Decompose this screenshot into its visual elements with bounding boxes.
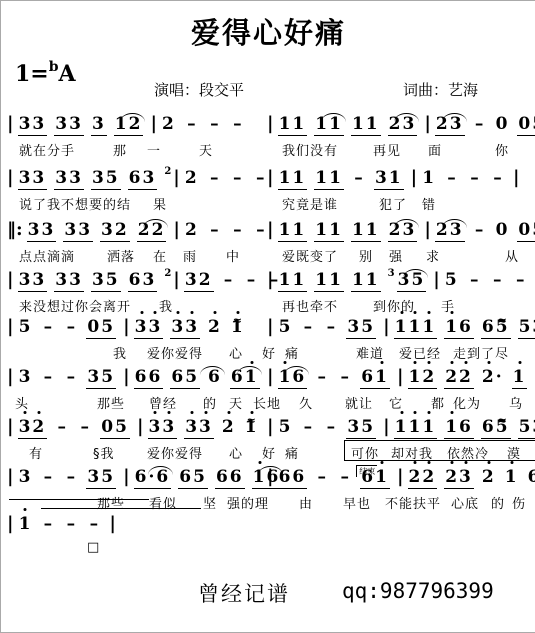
note-digit: 2: [459, 366, 473, 388]
note-digit: 2: [445, 366, 459, 388]
barline: |: [173, 167, 180, 189]
note-digit: 3: [101, 219, 115, 241]
note-digit: 2: [409, 466, 423, 488]
lyric-text: 那些: [97, 393, 125, 412]
lyric-text: 来没想过你会离开: [19, 296, 131, 315]
lyric-text: 化为: [453, 393, 481, 412]
note-digit: 3: [171, 316, 185, 338]
note-digit: 3: [149, 416, 163, 438]
note-digit: 3: [347, 416, 361, 438]
key-prefix: 1=: [15, 61, 49, 87]
duration-dash: –: [40, 367, 55, 387]
note-digit: 3: [459, 466, 473, 488]
barline: |: [7, 113, 14, 135]
lyric-text: 爱既变了: [282, 246, 338, 265]
note-digit: 6: [230, 466, 244, 488]
notes-row-left: |5––05|333321≈: [7, 316, 253, 339]
qq-contact: qq:987796399: [342, 579, 494, 603]
note-digit: 3: [19, 113, 33, 135]
lyric-text: 你: [495, 140, 509, 159]
lyric-text: 就在分手: [19, 140, 75, 159]
note-group: 6: [527, 466, 535, 488]
barline: |: [267, 316, 274, 338]
note-digit: 1: [279, 167, 293, 189]
note-digit: 1: [329, 219, 343, 241]
note-digit: 2: [162, 113, 176, 135]
note-digit: 1: [422, 316, 436, 338]
note-digit: 5: [106, 269, 120, 291]
note-group: 5: [18, 316, 34, 338]
score-system-4: |333335632|32–––|111111335|5–––|来没想过你会离开…: [1, 269, 535, 323]
note-digit: 1: [329, 269, 343, 291]
notes-row-right: |5––35|1111665≈53|: [267, 316, 535, 339]
lyric-text: 天: [199, 140, 213, 159]
note-digit: 3: [64, 219, 78, 241]
barline: |: [7, 513, 14, 535]
note-digit: 3: [375, 167, 389, 189]
lyric-text: 依然冷: [447, 443, 489, 462]
note-group: 0: [495, 113, 511, 135]
note-group: 11: [314, 269, 344, 292]
note-digit: 6: [129, 269, 143, 291]
note-digit: 5: [19, 316, 33, 338]
: [237, 366, 262, 375]
note-group: 111: [394, 416, 438, 439]
lyric-text: 究竟是谁: [282, 194, 338, 213]
barline: |: [397, 366, 404, 388]
note-group: 35: [86, 366, 116, 389]
note-digit: 1: [395, 416, 409, 438]
duration-dash: –: [253, 168, 268, 188]
: [442, 219, 467, 228]
note-group: 33: [134, 316, 164, 339]
key-letter: A: [59, 61, 76, 87]
notes-row-right: |11111123|23–005|: [267, 219, 535, 242]
lyric-text: 可你: [351, 443, 379, 462]
duration-dash: –: [490, 168, 505, 188]
lyric-text: 看似: [149, 493, 177, 512]
note-digit: 5: [279, 416, 293, 438]
lyric-text: 再也牵不: [282, 296, 338, 315]
duration-dash: –: [77, 417, 92, 437]
barline: |: [397, 466, 404, 488]
duration-dash: –: [490, 270, 505, 290]
note-digit: 2: [422, 466, 436, 488]
note-group: 16: [444, 316, 474, 339]
melisma-line: [41, 508, 201, 509]
note-digit: 1: [292, 113, 306, 135]
note-group: 65: [170, 366, 200, 389]
lyric-text: 雨: [183, 246, 197, 265]
lyric-text: 爱你爱得: [147, 443, 203, 462]
lyric-text: 心: [229, 443, 243, 462]
score-system-8: |3––35|6·6656616|66––结束61|22232162≈|那些看似…: [1, 466, 535, 520]
lyric-text: 别: [359, 246, 373, 265]
score-system-9: |1–––|□: [1, 513, 535, 567]
lyric-text: 乌: [509, 393, 523, 412]
duration-dash: –: [63, 514, 78, 534]
transcriber-credit: 曾经记谱: [198, 578, 290, 608]
note-digit: 1: [375, 466, 389, 488]
note-digit: 1: [315, 269, 329, 291]
notes-row-left: |32––05|333321≈: [7, 416, 267, 439]
note-digit: 3: [55, 113, 69, 135]
note-digit: 3: [69, 167, 83, 189]
note-digit: 5: [101, 316, 115, 338]
lyric-text: 在: [153, 246, 167, 265]
note-digit: 1: [279, 269, 293, 291]
note-digit: 6: [528, 466, 535, 488]
lyric-text: 久: [299, 393, 313, 412]
note-digit: 6: [279, 466, 293, 488]
barline: |: [7, 167, 14, 189]
note-digit: 1: [505, 466, 519, 488]
note-digit: 3: [162, 416, 176, 438]
barline: |: [424, 219, 431, 241]
duration-dash: –: [207, 220, 222, 240]
note-group: 11: [314, 167, 344, 190]
note-digit: 6: [459, 316, 473, 338]
barline: |: [173, 269, 180, 291]
duration-dash: –: [230, 168, 245, 188]
note-group: 31: [374, 167, 404, 190]
note-digit: 3: [19, 167, 33, 189]
second-verse-lyric-box: 可你却对我依然冷漠: [344, 440, 535, 461]
note-digit: 1: [279, 113, 293, 135]
note-group: 32: [18, 416, 48, 439]
duration-dash: –: [253, 220, 268, 240]
barline: |: [267, 366, 274, 388]
barline: |: [7, 316, 14, 338]
notes-row-left: |1–––|: [7, 513, 120, 535]
barline: |: [267, 416, 274, 438]
note-group: 1: [18, 513, 34, 535]
: ≈: [498, 314, 505, 327]
lyric-text: 中: [226, 246, 240, 265]
note-group: 33: [54, 113, 84, 136]
note-group: 11: [278, 167, 308, 190]
lyric-text: 一: [147, 140, 161, 159]
note-group: 2·: [481, 366, 505, 388]
note-digit: 3: [135, 316, 149, 338]
barline: |: [109, 513, 116, 535]
note-digit: 1: [329, 167, 343, 189]
note-digit: 3: [185, 416, 199, 438]
note-digit: 5: [361, 416, 375, 438]
note-group: 11: [278, 113, 308, 136]
note-digit: 1: [315, 167, 329, 189]
note-group: 0: [495, 219, 511, 241]
lyric-text: 痛: [285, 443, 299, 462]
note-digit: 6: [179, 466, 193, 488]
dot-duration: ·: [496, 367, 504, 387]
duration-dash: –: [86, 514, 101, 534]
note-group: 32: [184, 269, 214, 292]
note-group: 33: [54, 167, 84, 190]
lyric-text: 爱已经: [399, 343, 441, 362]
note-digit: 3: [19, 269, 33, 291]
note-digit: 1: [445, 316, 459, 338]
note-group: 53: [518, 316, 535, 339]
note-group: 22: [408, 466, 438, 489]
notes-row-left: |3––35|6·6656616: [7, 466, 288, 489]
note-group: 53: [518, 416, 535, 439]
note-group: 33: [27, 219, 57, 242]
note-digit: 2: [115, 219, 129, 241]
lyric-text: 却对我: [391, 443, 433, 462]
note-digit: 6: [361, 466, 375, 488]
note-group: 33: [18, 269, 48, 292]
note-digit: 5: [193, 466, 207, 488]
barline: |: [123, 366, 130, 388]
note-group: 3: [18, 466, 34, 488]
barline: |: [513, 167, 520, 189]
note-digit: 5: [519, 416, 533, 438]
note-digit: 1: [292, 167, 306, 189]
note-digit: 2: [185, 219, 199, 241]
note-digit: 1: [352, 113, 366, 135]
: ≈: [498, 414, 505, 427]
note-digit: 0: [518, 113, 532, 135]
lyric-text: 我们没有: [282, 140, 338, 159]
notes-row-right: |1111–31|1–––|: [267, 167, 524, 190]
lyric-text: 头: [15, 393, 29, 412]
note-group: 11: [351, 219, 381, 242]
lyric-text: 强: [389, 246, 403, 265]
note-group: 2: [184, 167, 200, 189]
note-group: 32: [100, 219, 130, 242]
note-group: 33: [18, 113, 48, 136]
duration-dash: –: [472, 220, 487, 240]
note-group: 11: [314, 219, 344, 242]
lyric-text: 痛: [285, 343, 299, 362]
note-digit: 3: [32, 113, 46, 135]
note-group: 5: [278, 316, 294, 338]
duration-dash: –: [314, 467, 329, 487]
note-digit: 3: [149, 316, 163, 338]
note-group: 35: [346, 416, 376, 439]
lyric-text: 它: [389, 393, 403, 412]
barline: |: [383, 316, 390, 338]
lyric-text: 的: [491, 493, 505, 512]
duration-dash: –: [323, 317, 338, 337]
note-digit: 6: [482, 416, 496, 438]
note-group: 33: [184, 416, 214, 439]
duration-dash: –: [221, 270, 236, 290]
lyric-text: 走到了尽: [453, 343, 509, 362]
note-group: 2: [184, 219, 200, 241]
notes-row-right: |111111335|5–––|: [267, 269, 535, 292]
lyric-text: 求: [426, 246, 440, 265]
note-digit: 1: [366, 269, 380, 291]
note-group: 33: [54, 269, 84, 292]
note-digit: 2: [32, 416, 46, 438]
note-digit: 1: [19, 513, 33, 535]
note-group: 05: [517, 113, 535, 136]
note-digit: 3: [32, 269, 46, 291]
note-group: 66: [215, 466, 245, 489]
note-digit: 5: [115, 416, 129, 438]
note-group: 2: [221, 416, 237, 438]
note-group: 1: [504, 466, 520, 488]
notes-row-right: |11111123|23–005|: [267, 113, 535, 136]
note-digit: 6: [216, 466, 230, 488]
lyric-text: 那些: [97, 493, 125, 512]
lyric-text: 说了我不想要的结: [19, 194, 131, 213]
: [442, 113, 467, 122]
note-digit: 3: [87, 366, 101, 388]
lyric-text: §我: [93, 443, 115, 462]
note-digit: 1: [366, 219, 380, 241]
duration-dash: –: [323, 417, 338, 437]
note-group: 33: [148, 416, 178, 439]
note-group: 05: [100, 416, 130, 439]
note-digit: 2: [222, 416, 236, 438]
note-digit: 1: [395, 316, 409, 338]
note-digit: 1: [409, 316, 423, 338]
note-group: 12: [408, 366, 438, 389]
duration-dash: –: [207, 168, 222, 188]
lyric-text: 心底: [451, 493, 479, 512]
duration-dash: –: [337, 367, 352, 387]
note-digit: 6: [171, 366, 185, 388]
duration-dash: –: [63, 467, 78, 487]
lyric-text: 的: [203, 393, 217, 412]
duration-dash: –: [63, 317, 78, 337]
note-digit: 0: [518, 219, 532, 241]
notes-row-left: |333335632|32–––: [7, 269, 290, 292]
note-digit: 6: [292, 466, 306, 488]
duration-dash: –: [63, 367, 78, 387]
barline: |: [411, 167, 418, 189]
note-group: 65: [481, 416, 511, 439]
note-group: 11: [278, 219, 308, 242]
note-group: 11: [351, 269, 381, 292]
note-group: 1: [421, 167, 437, 189]
note-group: 61: [360, 466, 390, 489]
note-digit: 3: [19, 416, 33, 438]
note-digit: 0: [496, 219, 510, 241]
note-digit: 3: [199, 416, 213, 438]
lyric-text: 由: [299, 493, 313, 512]
duration-dash: –: [54, 417, 69, 437]
note-digit: 2: [422, 366, 436, 388]
note-digit: 3: [32, 167, 46, 189]
: ≈: [233, 314, 240, 327]
note-digit: 1: [292, 269, 306, 291]
note-group: 22: [444, 366, 474, 389]
note-group: 66: [278, 466, 308, 489]
note-digit: 2: [208, 316, 222, 338]
lyric-text: 漠: [507, 443, 521, 462]
duration-dash: –: [40, 467, 55, 487]
note-digit: 3: [19, 466, 33, 488]
flat-symbol: b: [49, 59, 59, 75]
note-digit: 6: [361, 366, 375, 388]
notes-row-left: |3––35|6665661: [7, 366, 267, 389]
lyric-text: 我: [159, 296, 173, 315]
score-system-6: |3––35|6665661|16––61|12222·113|头那些曾经的天长…: [1, 366, 535, 420]
lyric-text: 好: [262, 343, 276, 362]
barline: |: [267, 219, 274, 241]
note-digit: 5: [361, 316, 375, 338]
lyric-text: 就让: [345, 393, 373, 412]
lyric-text: 面: [428, 140, 442, 159]
barline: |: [7, 269, 14, 291]
note-group: 66: [134, 366, 164, 389]
note-group: 33: [18, 167, 48, 190]
lyric-text: 不能扶平: [385, 493, 441, 512]
lyric-text: 我: [113, 343, 127, 362]
composer-credit: 词曲：艺海: [403, 79, 478, 100]
lyric-text: 都: [431, 393, 445, 412]
lyric-text: 难道: [356, 343, 384, 362]
barline: |: [433, 269, 440, 291]
duration-dash: –: [230, 220, 245, 240]
duration-dash: –: [184, 114, 199, 134]
note-digit: 3: [92, 113, 106, 135]
note-digit: 3: [92, 167, 106, 189]
note-digit: 2: [185, 167, 199, 189]
duration-dash: –: [207, 114, 222, 134]
note-group: 23: [444, 466, 474, 489]
note-digit: 2: [199, 269, 213, 291]
lyric-text: 洒落: [107, 246, 135, 265]
note-digit: 6: [135, 366, 149, 388]
note-digit: 5: [101, 366, 115, 388]
duration-dash: –: [314, 367, 329, 387]
repeat-barline: ‖:: [7, 219, 23, 241]
note-digit: 3: [142, 269, 156, 291]
note-digit: 6: [459, 416, 473, 438]
duration-dash: –: [472, 114, 487, 134]
note-digit: 1: [409, 416, 423, 438]
note-group: 11: [351, 113, 381, 136]
lyric-text: 爱你爱得: [147, 343, 203, 362]
duration-dash: –: [513, 270, 528, 290]
note-group: 35: [86, 466, 116, 489]
note-digit: 3: [185, 316, 199, 338]
note-digit: 3: [92, 269, 106, 291]
barline: |: [7, 366, 14, 388]
barline: |: [267, 167, 274, 189]
lyric-text: 心: [229, 343, 243, 362]
note-digit: 3: [55, 167, 69, 189]
duration-dash: –: [244, 270, 259, 290]
note-digit: 1: [389, 167, 403, 189]
note-digit: 1: [315, 219, 329, 241]
lyric-text: 点点滴滴: [19, 246, 75, 265]
lyric-text: 好: [262, 443, 276, 462]
lyric-text: 那: [113, 140, 127, 159]
note-digit: 3: [42, 219, 56, 241]
singer-credit: 演唱：段交平: [154, 79, 244, 100]
note-digit: 3: [69, 113, 83, 135]
note-group: 11: [278, 269, 308, 292]
note-digit: 2: [482, 366, 496, 388]
barline: |: [267, 269, 274, 291]
lyric-text: 天: [229, 393, 243, 412]
duration-dash: –: [300, 317, 315, 337]
note-digit: 2: [482, 466, 496, 488]
note-digit: 5: [185, 366, 199, 388]
note-digit: 5: [101, 466, 115, 488]
notes-row-right: |66––结束61|22232162≈|: [267, 466, 535, 489]
note-digit: 1: [513, 366, 527, 388]
note-digit: 1: [352, 219, 366, 241]
note-group: 33: [170, 316, 200, 339]
melisma-line: [9, 499, 149, 500]
